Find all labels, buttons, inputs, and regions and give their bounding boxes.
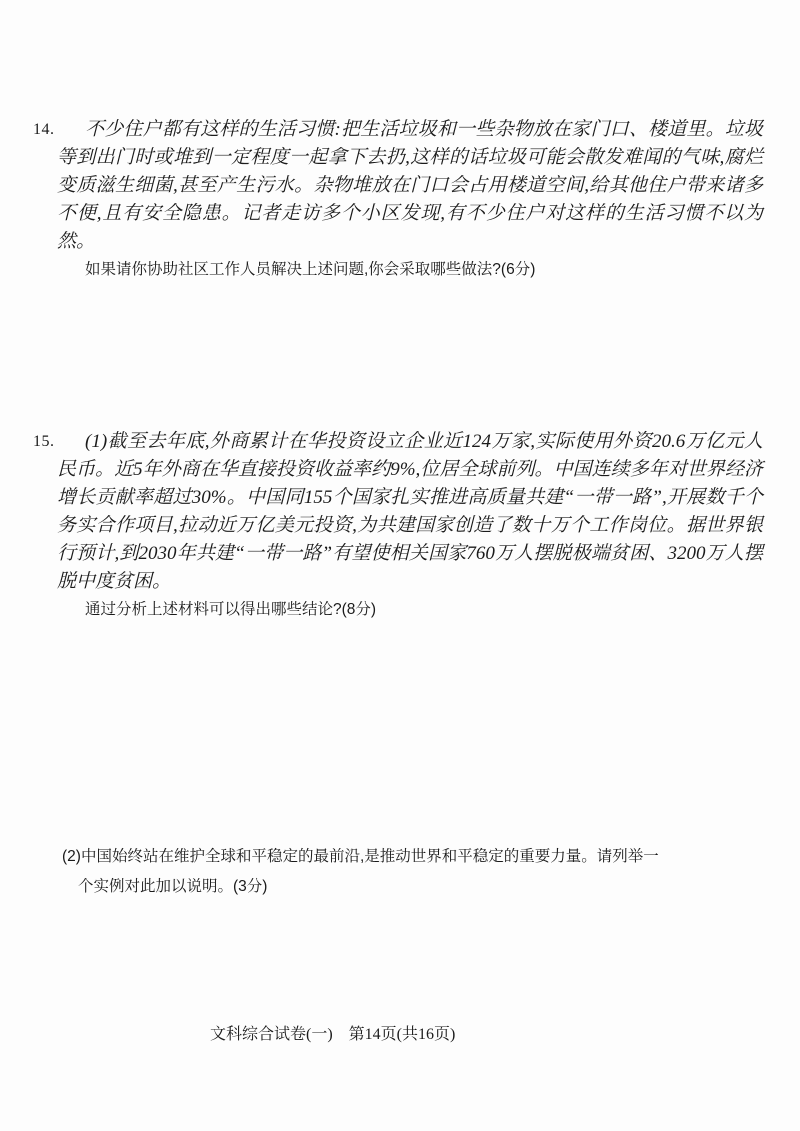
- part-1-label: (1): [85, 431, 107, 452]
- part-2-text: 中国始终站在维护全球和平稳定的最前沿,是推动世界和平稳定的重要力量。请列举一个实…: [78, 848, 659, 895]
- question-15-part2-text-block: (2)中国始终站在维护全球和平稳定的最前沿,是推动世界和平稳定的重要力量。请列举…: [33, 842, 660, 902]
- question-15-part2: (2)中国始终站在维护全球和平稳定的最前沿,是推动世界和平稳定的重要力量。请列举…: [33, 842, 660, 902]
- footer-paper-title: 文科综合试卷(一): [210, 1026, 333, 1043]
- question-15: 15. (1)截至去年底,外商累计在华投资设立企业近124万家,实际使用外资20…: [33, 428, 763, 624]
- part-2-label: (2): [62, 848, 81, 865]
- question-14: 14. 不少住户都有这样的生活习惯:把生活垃圾和一些杂物放在家门口、楼道里。垃圾…: [33, 116, 763, 284]
- part-1-material-text: 截至去年底,外商累计在华投资设立企业近124万家,实际使用外资20.6万亿元人民…: [57, 431, 763, 592]
- question-14-number: 14.: [33, 116, 55, 144]
- exam-page: 14. 不少住户都有这样的生活习惯:把生活垃圾和一些杂物放在家门口、楼道里。垃圾…: [0, 0, 800, 1131]
- question-15-number: 15.: [33, 428, 55, 456]
- question-14-material: 不少住户都有这样的生活习惯:把生活垃圾和一些杂物放在家门口、楼道里。垃圾等到出门…: [57, 116, 763, 256]
- page-footer: 文科综合试卷(一)第14页(共16页): [210, 1024, 455, 1046]
- footer-page-indicator: 第14页(共16页): [349, 1026, 456, 1043]
- question-14-prompt: 如果请你协助社区工作人员解决上述问题,你会采取哪些做法?(6分): [57, 256, 763, 284]
- question-15-part1-material: (1)截至去年底,外商累计在华投资设立企业近124万家,实际使用外资20.6万亿…: [57, 428, 763, 596]
- question-15-part1-prompt: 通过分析上述材料可以得出哪些结论?(8分): [57, 596, 763, 624]
